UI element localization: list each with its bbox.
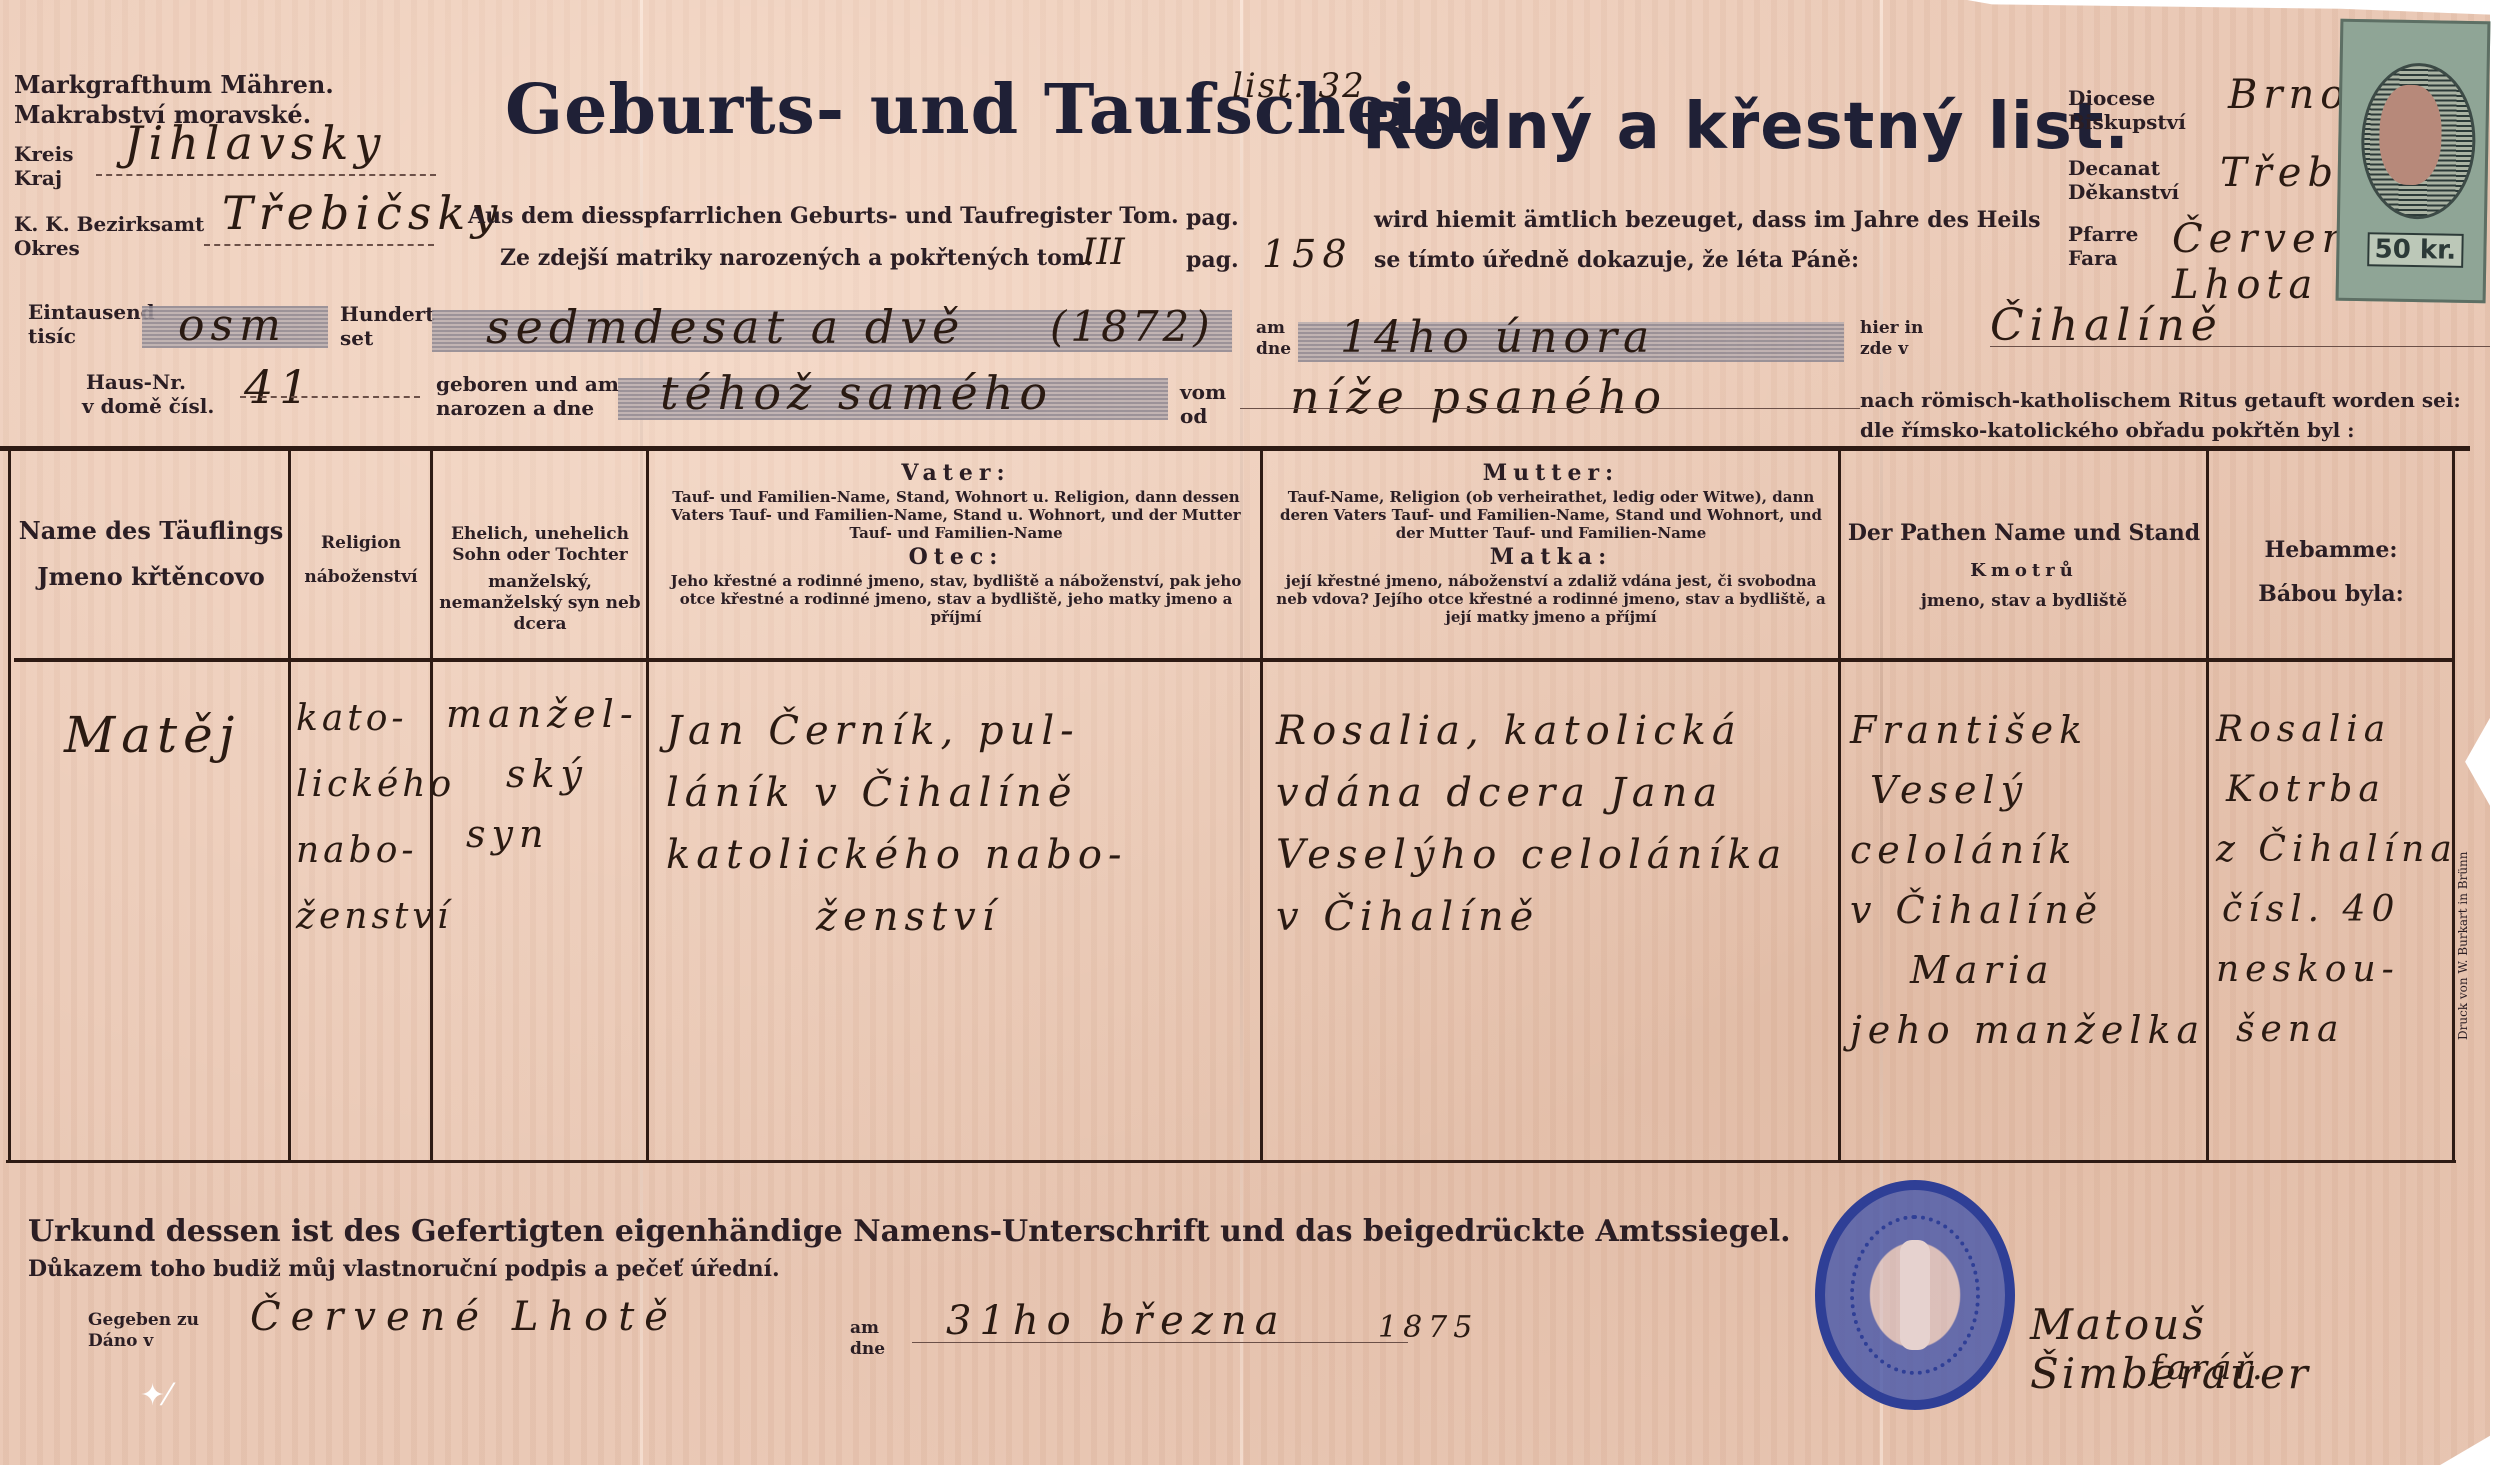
col-divider [646, 446, 649, 1162]
cell-line: syn [446, 804, 639, 864]
day-value: 14ho února [1340, 312, 1655, 363]
house-label-de: Haus-Nr. [82, 370, 214, 394]
col-header-religion-de: Religion [292, 526, 430, 560]
kreis-label-cz: Kraj [14, 166, 74, 190]
title-czech: Rodný a křestný list. [1362, 90, 2130, 164]
footer-date-label-cz: dne [850, 1339, 885, 1360]
cell-mother: Rosalia, katolická vdána dcera Jana Vese… [1276, 700, 1787, 948]
register-line-de: Aus dem diesspfarrlichen Geburts- und Ta… [468, 204, 1179, 228]
deanery-label: Decanat Děkanství [2068, 156, 2179, 204]
official-seal [1815, 1180, 2015, 1410]
cell-legitimacy: manžel- ský syn [446, 684, 639, 864]
born-value: téhož samého [660, 366, 1053, 420]
mother-title-de: Mutter: [1268, 458, 1834, 488]
table-bottom-rule [6, 1160, 2456, 1163]
col-header-religion-cz: náboženství [292, 560, 430, 594]
magic-wand-icon[interactable]: ✦⁄ [140, 1378, 180, 1428]
given-label: Gegeben zu Dáno v [88, 1310, 199, 1352]
col-header-name: Name des Täuflings Jmeno křtěncovo [14, 508, 288, 600]
col-header-mother: Mutter: Tauf-Name, Religion (ob verheira… [1268, 458, 1834, 626]
bezirk-label-cz: Okres [14, 236, 204, 260]
given-place: Červené Lhotě [250, 1294, 678, 1340]
hundred-label-de: Hundert [340, 302, 434, 326]
house-line [240, 396, 420, 398]
deanery-label-de: Decanat [2068, 156, 2179, 180]
bezirk-value: Třebičsky [222, 186, 503, 240]
midwife-de: Hebamme: [2210, 528, 2452, 572]
hundred-label-cz: set [340, 326, 434, 350]
cell-line: Jan Černík, pul- [666, 700, 1128, 762]
cell-line: Maria [1850, 940, 2205, 1000]
annotation-list: list. 32 [1232, 66, 1366, 106]
cell-line: čísl. 40 [2216, 880, 2458, 940]
hundred-value: sedmdesat a dvě [486, 300, 965, 354]
cell-line: Veselýho celoláníka [1276, 824, 1787, 886]
day-label-de: am [1256, 318, 1291, 339]
cell-line: lického [296, 752, 455, 818]
header-bottom-rule [14, 658, 2454, 662]
cell-line: Rosalia, katolická [1276, 700, 1787, 762]
stamp-portrait [2379, 84, 2443, 185]
house-value: 41 [244, 360, 315, 414]
cell-midwife: Rosalia Kotrba z Čihalína čísl. 40 nesko… [2216, 700, 2458, 1060]
place-label-cz: zde v [1860, 339, 1923, 360]
bezirk-label-de: K. K. Bezirksamt [14, 212, 204, 236]
pag-label-1: pag. [1186, 206, 1239, 230]
godparents-title-cz: Kmotrů [1842, 556, 2206, 586]
place-value: Čihalíně [1990, 300, 2223, 351]
cell-line: František [1850, 700, 2205, 760]
cell-line: Kotrba [2216, 760, 2458, 820]
from-label: vom od [1180, 380, 1226, 428]
printer-note: Druck von W. Burkart in Brünn [2456, 851, 2470, 1040]
diocese-label: Diocese Biskupství [2068, 86, 2186, 134]
born-label: geboren und am narozen a dne [436, 372, 619, 420]
place-label: hier in zde v [1860, 318, 1923, 360]
thousand-value: osm [178, 300, 287, 351]
bezirk-line [204, 244, 434, 246]
cell-line: z Čihalína [2216, 820, 2458, 880]
footer-year-value: 1875 [1378, 1310, 1478, 1345]
father-desc-de: Tauf- und Familien-Name, Stand, Wohnort … [656, 488, 1256, 542]
footer-attest-de: Urkund dessen ist des Gefertigten eigenh… [28, 1214, 1791, 1249]
born-label-cz: narozen a dne [436, 396, 619, 420]
diocese-label-de: Diocese [2068, 86, 2186, 110]
father-title-de: Vater: [656, 458, 1256, 488]
thousand-label-cz: tisíc [28, 324, 155, 348]
cell-line: ženství [666, 886, 1128, 948]
cell-line: ský [446, 744, 639, 804]
col-divider [2206, 446, 2209, 1162]
house-label: Haus-Nr. v domě čísl. [82, 370, 214, 418]
father-desc-cz: Jeho křestné a rodinné jmeno, stav, bydl… [656, 572, 1256, 626]
col-header-name-cz: Jmeno křtěncovo [14, 554, 288, 600]
thousand-label-de: Eintausend [28, 300, 155, 324]
cell-line: Rosalia [2216, 700, 2458, 760]
midwife-cz: Bábou byla: [2210, 572, 2452, 616]
from-label-cz: od [1180, 404, 1226, 428]
parish-label-cz: Fara [2068, 246, 2138, 270]
rite-de: nach römisch-katholischem Ritus getauft … [1860, 388, 2461, 412]
hundred-label: Hundert set [340, 302, 434, 350]
year-value: (1872) [1050, 302, 1214, 351]
mother-desc-de: Tauf-Name, Religion (ob verheirathet, le… [1268, 488, 1834, 542]
stamp-value: 50 kr. [2367, 232, 2464, 268]
col-header-religion: Religion náboženství [292, 526, 430, 594]
diocese-value: Brno [2228, 72, 2350, 118]
place-line [1990, 346, 2490, 347]
cell-line: kato- [296, 686, 455, 752]
col-header-legitimacy-de: Ehelich, unehelich Sohn oder Tochter [434, 524, 646, 566]
bezirk-label: K. K. Bezirksamt Okres [14, 212, 204, 260]
house-label-cz: v domě čísl. [82, 394, 214, 418]
seal-figure [1900, 1240, 1930, 1350]
godparents-de: Der Pathen Name und Stand [1842, 518, 2206, 548]
godparents-desc-cz: jmeno, stav a bydliště [1842, 586, 2206, 616]
attest-de: wird hiemit ämtlich bezeuget, dass im Ja… [1374, 208, 2041, 232]
col-header-legitimacy-cz: manželský, nemanželský syn neb dcera [434, 572, 646, 635]
cell-line: jeho manželka [1850, 1000, 2205, 1060]
cell-godparents: František Veselý celoláník v Čihalíně Ma… [1850, 700, 2205, 1060]
rite-cz: dle římsko-katolického obřadu pokřtěn by… [1860, 418, 2355, 442]
kreis-label-de: Kreis [14, 142, 74, 166]
col-header-midwife: Hebamme: Bábou byla: [2210, 528, 2452, 616]
mother-desc-cz: její křestné jmeno, náboženství a zdaliž… [1268, 572, 1834, 626]
table-top-rule [0, 446, 2470, 451]
kreis-label: Kreis Kraj [14, 142, 74, 190]
col-divider [288, 446, 291, 1162]
born-label-de: geboren und am [436, 372, 619, 396]
kreis-line [96, 174, 436, 176]
col-divider [1838, 446, 1841, 1162]
footer-date-value: 31ho března [946, 1298, 1287, 1344]
cell-line: manžel- [446, 684, 639, 744]
mother-title-cz: Matka: [1268, 542, 1834, 572]
col-header-godparents: Der Pathen Name und Stand Kmotrů jmeno, … [1842, 518, 2206, 616]
cell-line: ženství [296, 884, 455, 950]
place-label-de: hier in [1860, 318, 1923, 339]
revenue-stamp: 50 kr. [2336, 19, 2491, 304]
diocese-label-cz: Biskupství [2068, 110, 2186, 134]
footer-date-line [912, 1342, 1408, 1343]
col-header-legitimacy: Ehelich, unehelich Sohn oder Tochter man… [434, 524, 646, 635]
footer-date-label-de: am [850, 1318, 885, 1339]
cell-name: Matěj [64, 706, 240, 764]
parish-label-de: Pfarre [2068, 222, 2138, 246]
day-label: am dne [1256, 318, 1291, 360]
cell-line: v Čihalíně [1850, 880, 2205, 940]
pag-label-2: pag. [1186, 248, 1239, 272]
footer-date-label: am dne [850, 1318, 885, 1360]
tom-value: III [1082, 232, 1125, 273]
parish-label: Pfarre Fara [2068, 222, 2138, 270]
from-line [1240, 408, 1860, 409]
col-divider [8, 446, 11, 1162]
from-label-de: vom [1180, 380, 1226, 404]
cell-religion: kato- lického nabo- ženství [296, 686, 455, 950]
cell-father: Jan Černík, pul- láník v Čihalíně katoli… [666, 700, 1128, 948]
cell-line: šena [2216, 1000, 2458, 1060]
col-header-name-de: Name des Täuflings [14, 508, 288, 554]
day-label-cz: dne [1256, 339, 1291, 360]
given-label-cz: Dáno v [88, 1331, 199, 1352]
cell-line: vdána dcera Jana [1276, 762, 1787, 824]
attest-cz: se tímto úředně dokazuje, že léta Páně: [1374, 248, 1859, 272]
deanery-label-cz: Děkanství [2068, 180, 2179, 204]
cell-line: v Čihalíně [1276, 886, 1787, 948]
from-value: níže psaného [1290, 370, 1667, 424]
father-title-cz: Otec: [656, 542, 1256, 572]
cell-line: nabo- [296, 818, 455, 884]
region-de: Markgrafthum Mähren. [14, 70, 334, 100]
col-header-father: Vater: Tauf- und Familien-Name, Stand, W… [656, 458, 1256, 626]
footer-attest-cz: Důkazem toho budiž můj vlastnoruční podp… [28, 1256, 780, 1282]
signature-title: farář. [2150, 1348, 2267, 1388]
pag-value: 158 [1262, 232, 1353, 276]
register-line-cz: Ze zdejší matriky narozených a pokřtenýc… [500, 246, 1093, 270]
cell-line: celoláník [1850, 820, 2205, 880]
cell-line: neskou- [2216, 940, 2458, 1000]
cell-line: katolického nabo- [666, 824, 1128, 886]
cell-line: Veselý [1850, 760, 2205, 820]
given-label-de: Gegeben zu [88, 1310, 199, 1331]
kreis-value: Jihlavsky [124, 116, 386, 170]
cell-line: láník v Čihalíně [666, 762, 1128, 824]
thousand-label: Eintausend tisíc [28, 300, 155, 348]
col-divider [1260, 446, 1263, 1162]
